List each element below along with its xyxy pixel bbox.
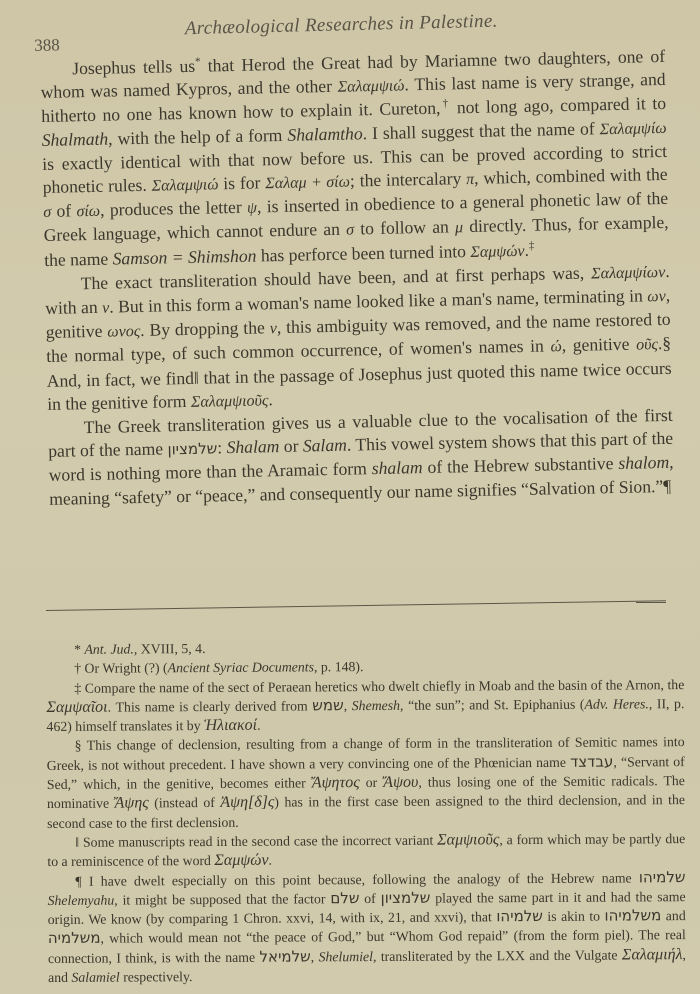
footnote-ref-double-dagger: ‡ bbox=[529, 239, 535, 251]
footnote-ref-pilcrow: ¶ bbox=[663, 476, 671, 496]
footnote-4: § This change of declension, resulting f… bbox=[47, 733, 686, 833]
footnote-divider-end bbox=[636, 602, 666, 603]
footnote-ref-dagger: † bbox=[440, 98, 450, 110]
page-number: 388 bbox=[34, 35, 60, 56]
running-title: Archæological Researches in Palestine. bbox=[185, 11, 498, 41]
paragraph-2: The exact transliteration should have be… bbox=[44, 260, 672, 417]
paragraph-1: Josephus tells us* that Herod the Great … bbox=[40, 45, 669, 273]
footnote-ref-section: § bbox=[662, 333, 671, 353]
page-header: 388 Archæological Researches in Palestin… bbox=[30, 6, 671, 52]
footnote-5: ‖ Some manuscripts read in the second ca… bbox=[47, 829, 685, 871]
footnote-6: ¶ I have dwelt especially on this point … bbox=[47, 868, 686, 988]
footnote-divider bbox=[46, 600, 666, 611]
footnotes: * Ant. Jud., XVIII, 5, 4. † Or Wright (?… bbox=[46, 636, 686, 987]
main-text: Josephus tells us* that Herod the Great … bbox=[40, 45, 674, 511]
book-page: 388 Archæological Researches in Palestin… bbox=[0, 0, 700, 994]
paragraph-3: The Greek transliteration gives us a val… bbox=[48, 404, 675, 511]
footnote-3: ‡ Compare the name of the sect of Peraea… bbox=[46, 675, 684, 737]
